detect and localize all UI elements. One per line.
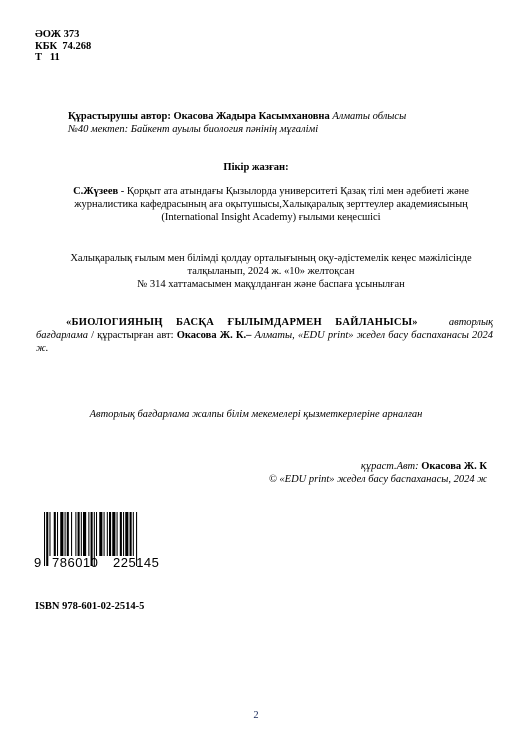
book-title: «БИОЛОГИЯНЫҢ БАСҚА ҒЫЛЫМДАРМЕН БАЙЛАНЫСЫ… bbox=[66, 317, 418, 328]
reviewer-name: С.Жүзеев bbox=[73, 186, 118, 197]
reviewer-desc-1: - Қорқыт ата атындағы Қызылорда универси… bbox=[118, 186, 469, 197]
udc-code: ӘОЖ 373 bbox=[35, 29, 91, 41]
reviewer-desc-2: журналистика кафедрасының аға оқытушысы,… bbox=[40, 198, 502, 211]
compiler-name: Окасова Ж. К bbox=[421, 461, 487, 472]
compiled-by-label: / құрастырған авт: bbox=[88, 330, 177, 341]
book-compiler: Окасова Ж. К.– bbox=[177, 330, 252, 341]
compiler-label: құраст.Авт: bbox=[361, 461, 421, 472]
page-number: 2 bbox=[0, 710, 512, 721]
approval-line-1: Халықаралық ғылым мен білімді қолдау орт… bbox=[40, 252, 502, 265]
author-name: Окасова Жадыра Касымхановна bbox=[174, 111, 330, 122]
approval-line-2: талқыланып, 2024 ж. «10» желтоқсан bbox=[40, 265, 502, 278]
approval-line-3: № 314 хаттамасымен мақұлданған және басп… bbox=[40, 278, 502, 291]
barcode-digit-first: 9 bbox=[34, 556, 41, 570]
author-region: Алматы облысы bbox=[332, 111, 406, 122]
barcode-digits-right: 225145 bbox=[113, 556, 159, 570]
classification-codes: ӘОЖ 373 КБК 74.268 Т 11 bbox=[35, 29, 91, 64]
audience-note: Авторлық бағдарлама жалпы білім мекемеле… bbox=[0, 408, 512, 421]
isbn-barcode: 9 786010 225145 bbox=[34, 512, 176, 570]
approval-block: Халықаралық ғылым мен білімді қолдау орт… bbox=[40, 252, 502, 291]
author-label: Құрастырушы автор: bbox=[68, 111, 171, 122]
copyright-block: құраст.Авт: Окасова Ж. К © «EDU print» ж… bbox=[269, 460, 487, 486]
reviewer-desc-3: (International Insight Academy) ғылыми к… bbox=[40, 211, 502, 224]
copyright-line: © «EDU print» жедел басу баспаханасы, 20… bbox=[269, 473, 487, 486]
author-position: №40 мектеп: Байкент ауылы биология пәнін… bbox=[68, 123, 488, 136]
lbc-code: КБК 74.268 bbox=[35, 41, 91, 53]
author-mark: Т 11 bbox=[35, 52, 91, 64]
author-block: Құрастырушы автор: Окасова Жадыра Касымх… bbox=[68, 110, 488, 136]
review-title: Пікір жазған: bbox=[0, 161, 512, 174]
barcode-digits-left: 786010 bbox=[52, 556, 98, 570]
isbn-number: ISBN 978-601-02-2514-5 bbox=[35, 600, 144, 613]
book-info-block: «БИОЛОГИЯНЫҢ БАСҚА ҒЫЛЫМДАРМЕН БАЙЛАНЫСЫ… bbox=[36, 316, 493, 355]
reviewer-block: С.Жүзеев - Қорқыт ата атындағы Қызылорда… bbox=[40, 185, 502, 224]
